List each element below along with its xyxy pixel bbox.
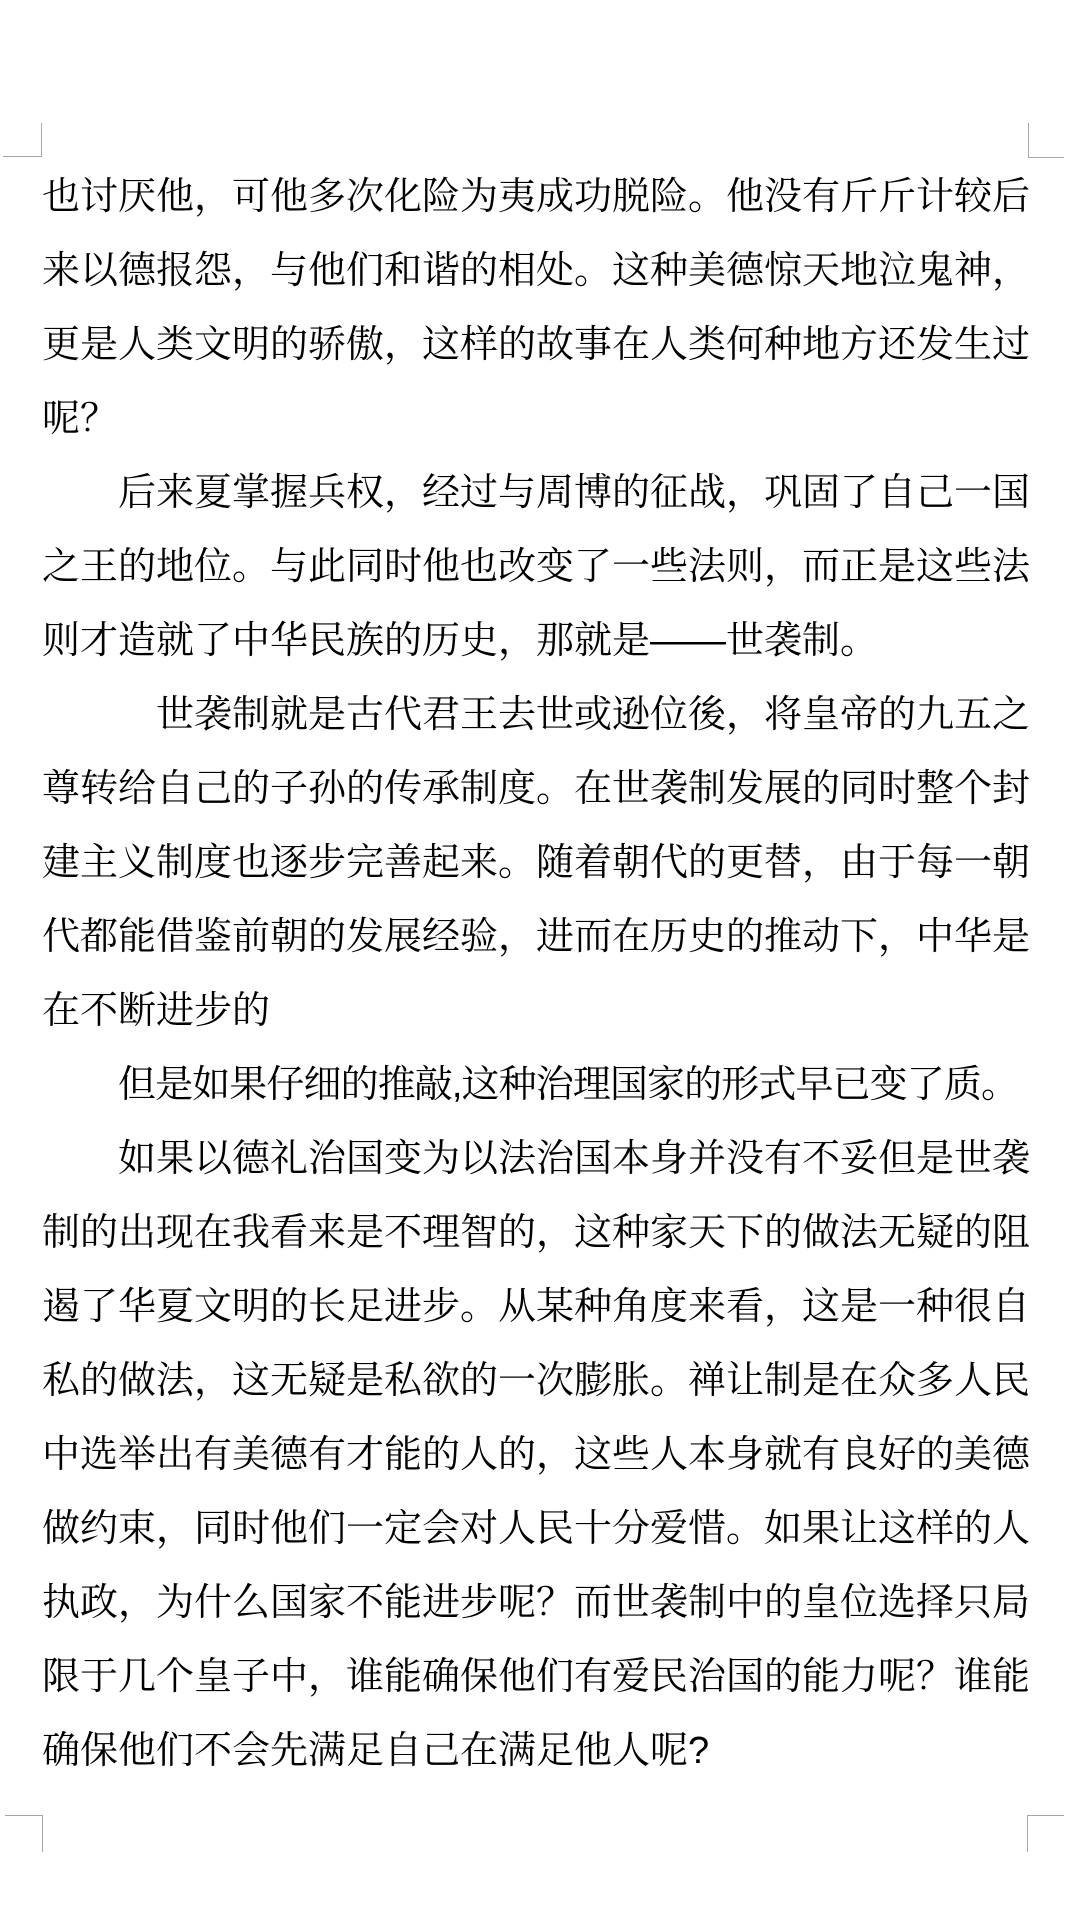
text-line: 建主义制度也逐步完善起来。随着朝代的更替，由于每一朝: [42, 826, 1030, 900]
text-line: 做约束，同时他们一定会对人民十分爱惜。如果让这样的人: [42, 1492, 1030, 1566]
text-line: 遏了华夏文明的长足进步。从某种角度来看，这是一种很自: [42, 1270, 1030, 1344]
text-line: 尊转给自己的子孙的传承制度。在世袭制发展的同时整个封: [42, 752, 1030, 826]
text-line: 但是如果仔细的推敲,这种治理国家的形式早已变了质。: [42, 1048, 1030, 1122]
text-line: 执政，为什么国家不能进步呢？而世袭制中的皇位选择只局: [42, 1566, 1030, 1640]
text-line: 中选举出有美德有才能的人的，这些人本身就有良好的美德: [42, 1418, 1030, 1492]
text-line: 世袭制就是古代君王去世或逊位後，将皇帝的九五之: [42, 678, 1030, 752]
crop-mark-top-right: [1028, 123, 1064, 158]
text-line: 如果以德礼治国变为以法治国本身并没有不妥但是世袭: [42, 1122, 1030, 1196]
document-text: 也讨厌他，可他多次化险为夷成功脱险。他没有斤斤计较后来以德报怨，与他们和谐的相处…: [42, 160, 1030, 1788]
text-line: 限于几个皇子中，谁能确保他们有爱民治国的能力呢？谁能: [42, 1640, 1030, 1714]
document-page: 也讨厌他，可他多次化险为夷成功脱险。他没有斤斤计较后来以德报怨，与他们和谐的相处…: [0, 0, 1080, 1920]
crop-mark-top-left: [3, 123, 42, 157]
text-line: 后来夏掌握兵权，经过与周博的征战，巩固了自己一国: [42, 456, 1030, 530]
crop-mark-bottom-right: [1027, 1815, 1064, 1852]
text-line: 更是人类文明的骄傲，这样的故事在人类何种地方还发生过: [42, 308, 1030, 382]
text-line: 确保他们不会先满足自己在满足他人呢?: [42, 1714, 1030, 1788]
text-line: 代都能借鉴前朝的发展经验，进而在历史的推动下，中华是: [42, 900, 1030, 974]
text-line: 私的做法，这无疑是私欲的一次膨胀。禅让制是在众多人民: [42, 1344, 1030, 1418]
text-line: 呢？: [42, 382, 1030, 456]
text-line: 之王的地位。与此同时他也改变了一些法则，而正是这些法: [42, 530, 1030, 604]
text-line: 也讨厌他，可他多次化险为夷成功脱险。他没有斤斤计较后: [42, 160, 1030, 234]
text-line: 则才造就了中华民族的历史，那就是——世袭制。: [42, 604, 1030, 678]
text-line: 来以德报怨，与他们和谐的相处。这种美德惊天地泣鬼神，: [42, 234, 1030, 308]
crop-mark-bottom-left: [5, 1815, 43, 1852]
text-line: 制的出现在我看来是不理智的，这种家天下的做法无疑的阻: [42, 1196, 1030, 1270]
text-line: 在不断进步的: [42, 974, 1030, 1048]
